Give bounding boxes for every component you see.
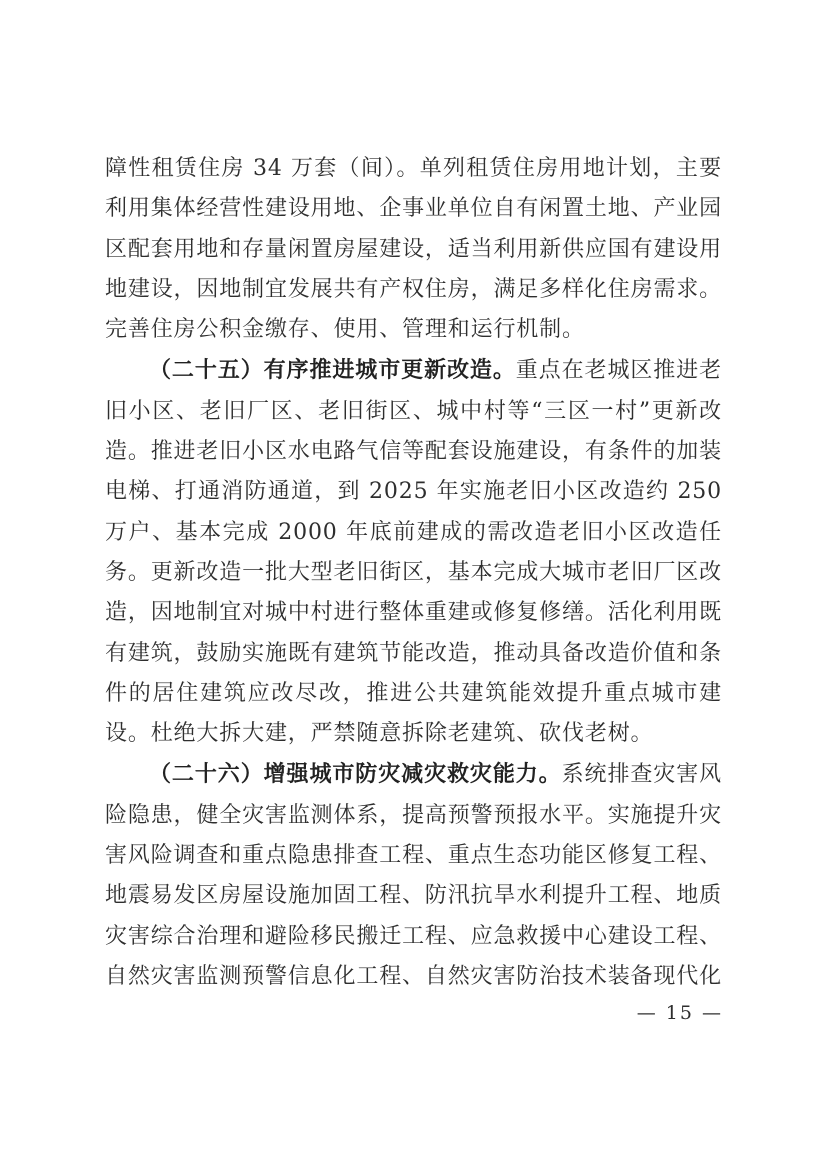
paragraph-text: 重点在老城区推进老旧小区、老旧厂区、老旧街区、城中村等“三区一村”更新改造。推进… bbox=[105, 358, 722, 746]
document-body: 障性租赁住房 34 万套（间）。单列租赁住房用地计划，主要利用集体经营性建设用地… bbox=[105, 148, 722, 997]
paragraph-text: 系统排查灾害风险隐患，健全灾害监测体系，提高预警预报水平。实施提升灾害风险调查和… bbox=[105, 762, 722, 988]
document-page: 障性租赁住房 34 万套（间）。单列租赁住房用地计划，主要利用集体经营性建设用地… bbox=[0, 0, 826, 1169]
section-25-heading: （二十五）有序推进城市更新改造。 bbox=[149, 357, 516, 383]
paragraph-text: 障性租赁住房 34 万套（间）。单列租赁住房用地计划，主要利用集体经营性建设用地… bbox=[105, 156, 722, 342]
section-26-heading: （二十六）增强城市防灾减灾救灾能力。 bbox=[149, 761, 562, 787]
page-number: — 15 — bbox=[637, 1002, 723, 1024]
paragraph-section-26: （二十六）增强城市防灾减灾救灾能力。系统排查灾害风险隐患，健全灾害监测体系，提高… bbox=[105, 754, 722, 997]
paragraph-section-25: （二十五）有序推进城市更新改造。重点在老城区推进老旧小区、老旧厂区、老旧街区、城… bbox=[105, 350, 722, 754]
paragraph-continuation: 障性租赁住房 34 万套（间）。单列租赁住房用地计划，主要利用集体经营性建设用地… bbox=[105, 148, 722, 350]
